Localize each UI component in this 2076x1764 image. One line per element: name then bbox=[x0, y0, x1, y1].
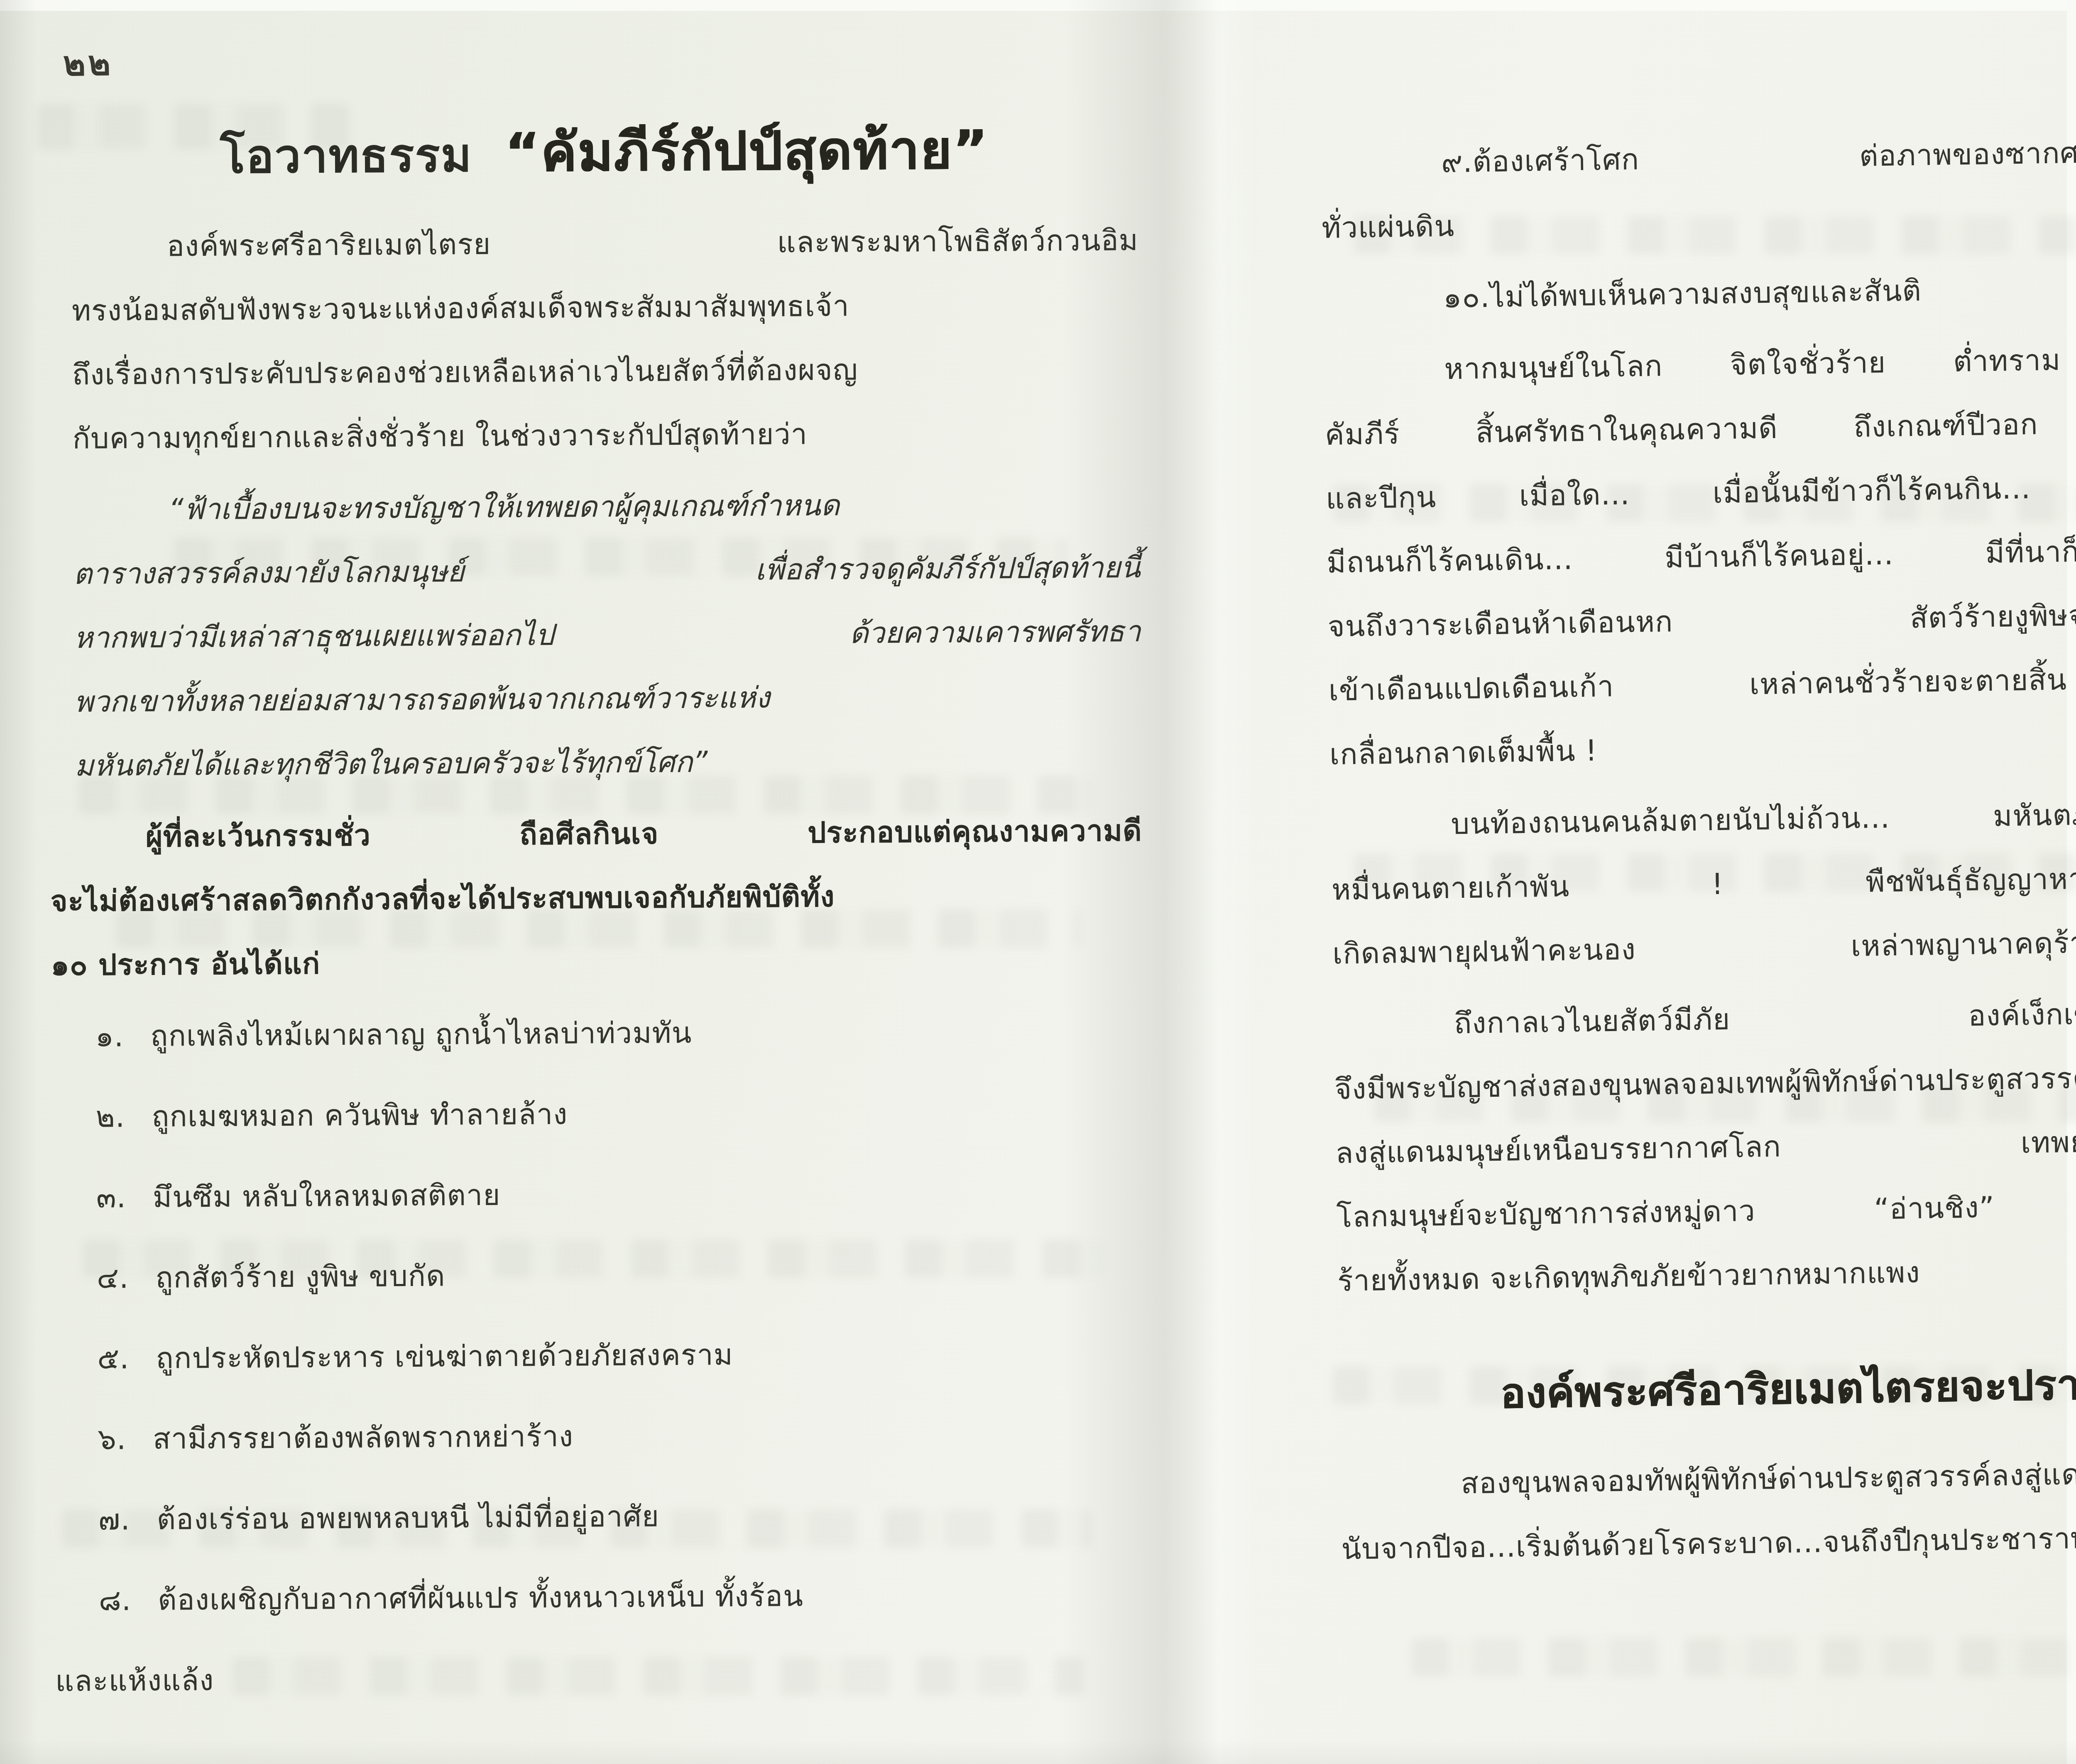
ten-calamities-intro: ผู้ที่ละเว้นกรรมชั่ว ถือศีลกินเจ ประกอบแ… bbox=[75, 799, 1143, 997]
list-item-text: ถูกเพลิงไหม้เผาผลาญ ถูกน้ำไหลบ่าท่วมทัน bbox=[150, 1016, 692, 1053]
calamity-item-9: ๙.ต้องเศร้าโศก ต่อภาพของซากศพที่กองเกลื่… bbox=[1320, 117, 2076, 260]
heaven-decree-quote: “ฟ้าเบื้องบนจะทรงบัญชาให้เทพยดาผู้คุมเกณ… bbox=[73, 471, 1142, 798]
chapter-title-quoted: “คัมภีร์กัปป์สุดท้าย” bbox=[504, 119, 989, 184]
list-item-number: ๒. bbox=[95, 1100, 125, 1134]
list-item-number: ๓. bbox=[96, 1180, 127, 1214]
list-item: ๖.สามีภรรยาต้องพลัดพรากหย่าร้าง bbox=[78, 1401, 1146, 1471]
bleed-through-ghost bbox=[1412, 1638, 2076, 1676]
list-item-text: มึนซึม หลับใหลหมดสติตาย bbox=[153, 1178, 501, 1214]
chapter-title-prefix: โอวาทธรรม bbox=[220, 128, 472, 184]
list-item: ๑๐.ไม่ได้พบเห็นความสงบสุขและสันติ bbox=[1322, 252, 2076, 331]
quote-line: พวกเขาทั้งหลายย่อมสามารถรอดพ้นจากเกณฑ์วา… bbox=[74, 663, 1141, 734]
list-item-number: ๔. bbox=[97, 1261, 129, 1295]
scan-bottom-shadow bbox=[0, 1739, 2076, 1764]
list-item: ๔.ถูกสัตว์ร้าย งูพิษ ขบกัด bbox=[78, 1240, 1145, 1310]
book-spread-scan: ๒๒ ๒๓ โอวาทธรรม “คัมภีร์กัปป์สุดท้าย” อง… bbox=[0, 0, 2076, 1764]
right-paragraph-2: บนท้องถนนคนล้มตายนับไม่ถ้วน... มหันตภัยม… bbox=[1330, 779, 2076, 986]
quote-line: มหันตภัยได้และทุกชีวิตในครอบครัวจะไร้ทุก… bbox=[74, 727, 1142, 798]
list-item-text: ต้องเศร้าโศก ต่อภาพของซากศพที่กองเกลื่อน… bbox=[1472, 132, 2076, 179]
quote-line: “ฟ้าเบื้องบนจะทรงบัญชาให้เทพยดาผู้คุมเกณ… bbox=[73, 471, 1140, 542]
list-item-text: ไม่ได้พบเห็นความสงบสุขและสันติ bbox=[1490, 274, 1922, 314]
list-item: ๕.ถูกประหัดประหาร เข่นฆ่าตายด้วยภัยสงครา… bbox=[78, 1320, 1146, 1391]
paragraph-line: กับความทุกข์ยากและสิ่งชั่วร้าย ในช่วงวาร… bbox=[72, 400, 1140, 470]
page-number-left: ๒๒ bbox=[63, 36, 113, 91]
list-item-text: ถูกเมฆหมอก ควันพิษ ทำลายล้าง bbox=[152, 1097, 568, 1134]
list-item-number: ๗. bbox=[98, 1502, 130, 1536]
list-item: ๙.ต้องเศร้าโศก ต่อภาพของซากศพที่กองเกลื่… bbox=[1320, 117, 2076, 196]
paragraph-line: หากมนุษย์ในโลก จิตใจชั่วร้าย ต่ำทราม ลบห… bbox=[1323, 324, 2076, 403]
intro-line: จะไม่ต้องเศร้าสลดวิตกกังวลที่จะได้ประสบพ… bbox=[50, 862, 1143, 933]
list-item: ๒.ถูกเมฆหมอก ควันพิษ ทำลายล้าง bbox=[76, 1078, 1144, 1149]
list-item: ๓.มึนซึม หลับใหลหมดสติตาย bbox=[77, 1159, 1144, 1230]
maitreya-appearance-heading: องค์พระศรีอาริยเมตไตรยจะปรากฏ... bbox=[1339, 1348, 2076, 1429]
list-item-number: ๘. bbox=[99, 1583, 132, 1617]
left-paragraph-1: องค์พระศรีอาริยเมตไตรย และพระมหาโพธิสัตว… bbox=[71, 208, 1140, 470]
list-item-8-wrap-line: และแห้งแล้ง bbox=[55, 1642, 1148, 1713]
right-page: ๙.ต้องเศร้าโศก ต่อภาพของซากศพที่กองเกลื่… bbox=[1320, 117, 2076, 1589]
scan-left-edge-shadow bbox=[0, 0, 37, 1764]
list-item-text: ถูกประหัดประหาร เข่นฆ่าตายด้วยภัยสงคราม bbox=[156, 1338, 733, 1375]
paragraph-line: บนท้องถนนคนล้มตายนับไม่ถ้วน... มหันตภัยม… bbox=[1330, 779, 2076, 858]
quote-line: หากพบว่ามีเหล่าสาธุชนเผยแพร่ออกไป ด้วยคว… bbox=[73, 599, 1141, 670]
list-item: ๗.ต้องเร่ร่อน อพยพหลบหนี ไม่มีที่อยู่อาศ… bbox=[79, 1481, 1146, 1552]
list-item: ๘.ต้องเผชิญกับอากาศที่ผันแปร ทั้งหนาวเหน… bbox=[79, 1562, 1147, 1632]
quote-line: ตารางสวรรค์ลงมายังโลกมนุษย์ เพื่อสำรวจดู… bbox=[73, 535, 1141, 606]
paragraph-line: องค์พระศรีอาริยเมตไตรย และพระมหาโพธิสัตว… bbox=[71, 208, 1138, 279]
list-item-number: ๙. bbox=[1441, 145, 1473, 179]
list-item-text: ต้องเผชิญกับอากาศที่ผันแปร ทั้งหนาวเหน็บ… bbox=[158, 1579, 803, 1617]
list-item-number: ๑๐. bbox=[1443, 280, 1490, 315]
list-item-text: สามีภรรยาต้องพลัดพรากหย่าร้าง bbox=[153, 1419, 573, 1456]
calamity-item-10: ๑๐.ไม่ได้พบเห็นความสงบสุขและสันติ bbox=[1322, 252, 2076, 331]
intro-line: ๑๐ ประการ อันได้แก่ bbox=[51, 926, 1143, 997]
paragraph-line: ถึงกาลเวไนยสัตว์มีภัย องค์เง็กเซียนฮ่องเ… bbox=[1333, 978, 2076, 1057]
paragraph-line: ทรงน้อมสดับฟังพระวจนะแห่งองค์สมเด็จพระสั… bbox=[71, 272, 1139, 343]
list-item-number: ๑. bbox=[95, 1019, 124, 1053]
list-item-number: ๖. bbox=[98, 1422, 126, 1456]
list-item-text: ต้องเร่ร่อน อพยพหลบหนี ไม่มีที่อยู่อาศัย bbox=[157, 1499, 659, 1536]
paragraph-line: สองขุนพลจอมทัพผู้พิทักษ์ด่านประตูสวรรค์ล… bbox=[1340, 1438, 2076, 1517]
scan-top-edge bbox=[0, 0, 2076, 11]
list-item-number: ๕. bbox=[97, 1341, 130, 1375]
right-paragraph-3: ถึงกาลเวไนยสัตว์มีภัย องค์เง็กเซียนฮ่องเ… bbox=[1333, 978, 2076, 1313]
list-item-text: ถูกสัตว์ร้าย งูพิษ ขบกัด bbox=[155, 1259, 446, 1295]
left-page: โอวาทธรรม “คัมภีร์กัปป์สุดท้าย” องค์พระศ… bbox=[71, 112, 1147, 1713]
right-paragraph-4: สองขุนพลจอมทัพผู้พิทักษ์ด่านประตูสวรรค์ล… bbox=[1340, 1438, 2076, 1581]
calamity-list-1-8: ๑.ถูกเพลิงไหม้เผาผลาญ ถูกน้ำไหลบ่าท่วมทั… bbox=[76, 998, 1147, 1713]
intro-line: ผู้ที่ละเว้นกรรมชั่ว ถือศีลกินเจ ประกอบแ… bbox=[50, 799, 1142, 869]
paragraph-line: ถึงเรื่องการประคับประคองช่วยเหลือเหล่าเว… bbox=[72, 336, 1139, 407]
list-item: ๑.ถูกเพลิงไหม้เผาผลาญ ถูกน้ำไหลบ่าท่วมทั… bbox=[76, 998, 1143, 1068]
chapter-title: โอวาทธรรม “คัมภีร์กัปป์สุดท้าย” bbox=[71, 112, 1138, 193]
right-paragraph-1: หากมนุษย์ในโลก จิตใจชั่วร้าย ต่ำทราม ลบห… bbox=[1323, 324, 2076, 786]
